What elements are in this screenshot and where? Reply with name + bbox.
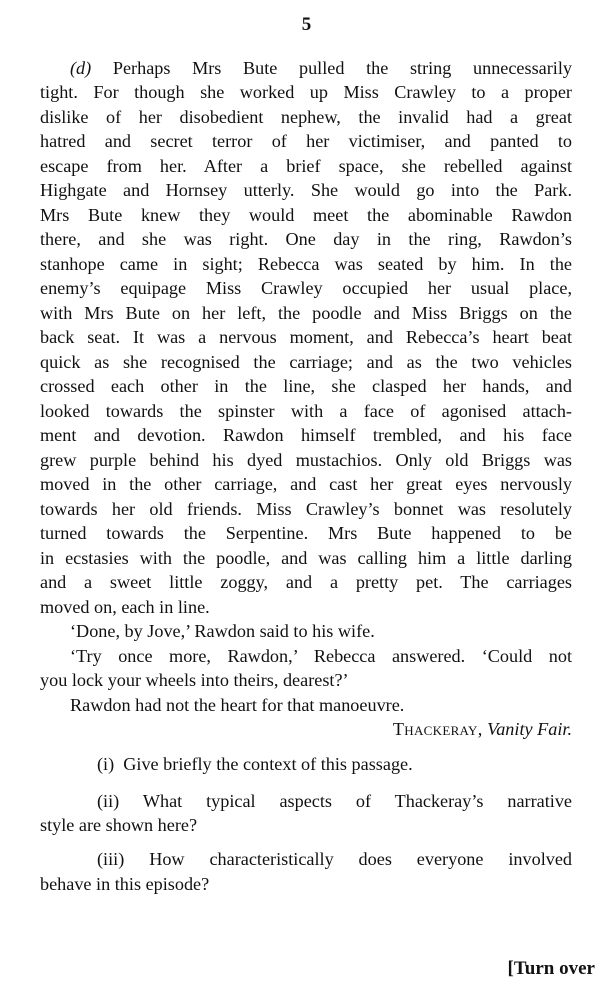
passage-line: escape from her. After a brief space, sh… — [40, 154, 572, 178]
question-ii-continued: style are shown here? — [40, 813, 572, 837]
passage-line: in ecstasies with the poodle, and was ca… — [40, 546, 572, 570]
passage-line: moved on, each in line. — [40, 595, 572, 619]
question-ii: (ii) What typical aspects of Thackeray’s… — [97, 789, 572, 813]
passage-line: tight. For though she worked up Miss Cra… — [40, 80, 572, 104]
dialogue-line: Rawdon had not the heart for that manoeu… — [70, 693, 572, 717]
passage-line: back seat. It was a nervous moment, and … — [40, 325, 572, 349]
passage-line: Mrs Bute knew they would meet the abomin… — [40, 203, 572, 227]
page-number: 5 — [0, 14, 613, 36]
passage-line: dislike of her disobedient nephew, the i… — [40, 105, 572, 129]
passage-line: with Mrs Bute on her left, the poodle an… — [40, 301, 572, 325]
question-i: (i) Give briefly the context of this pas… — [97, 752, 572, 776]
passage-line: and a sweet little zoggy, and a pretty p… — [40, 570, 572, 594]
passage-line: stanhope came in sight; Rebecca was seat… — [40, 252, 572, 276]
question-label: (i) — [97, 754, 114, 774]
attribution-work: Vanity Fair. — [487, 719, 572, 739]
attribution: Thackeray, Vanity Fair. — [393, 717, 572, 741]
dialogue-line: you lock your wheels into theirs, deares… — [40, 668, 572, 692]
dialogue-line: ‘Try once more, Rawdon,’ Rebecca answere… — [70, 644, 572, 668]
question-label: (iii) — [97, 849, 124, 869]
attribution-author: Thackeray, — [393, 719, 483, 739]
passage-line: looked towards the spinster with a face … — [40, 399, 572, 423]
passage-label: (d) — [70, 58, 91, 78]
passage-line: quick as she recognised the carriage; an… — [40, 350, 572, 374]
passage-line: hatred and secret terror of her victimis… — [40, 129, 572, 153]
passage-line: Highgate and Hornsey utterly. She would … — [40, 178, 572, 202]
turn-over-note: [Turn over — [508, 958, 595, 980]
passage-line: (d) Perhaps Mrs Bute pulled the string u… — [70, 56, 572, 80]
question-iii: (iii) How characteristically does everyo… — [97, 847, 572, 871]
dialogue-line: ‘Done, by Jove,’ Rawdon said to his wife… — [70, 619, 572, 643]
question-label: (ii) — [97, 791, 119, 811]
passage-line: turned towards the Serpentine. Mrs Bute … — [40, 521, 572, 545]
passage-line: towards her old friends. Miss Crawley’s … — [40, 497, 572, 521]
passage-line: crossed each other in the line, she clas… — [40, 374, 572, 398]
passage-line: ment and devotion. Rawdon himself trembl… — [40, 423, 572, 447]
passage-line: grew purple behind his dyed mustachios. … — [40, 448, 572, 472]
question-iii-continued: behave in this episode? — [40, 872, 572, 896]
passage-line: moved in the other carriage, and cast he… — [40, 472, 572, 496]
passage-line: enemy’s equipage Miss Crawley occupied h… — [40, 276, 572, 300]
passage-line: there, and she was right. One day in the… — [40, 227, 572, 251]
